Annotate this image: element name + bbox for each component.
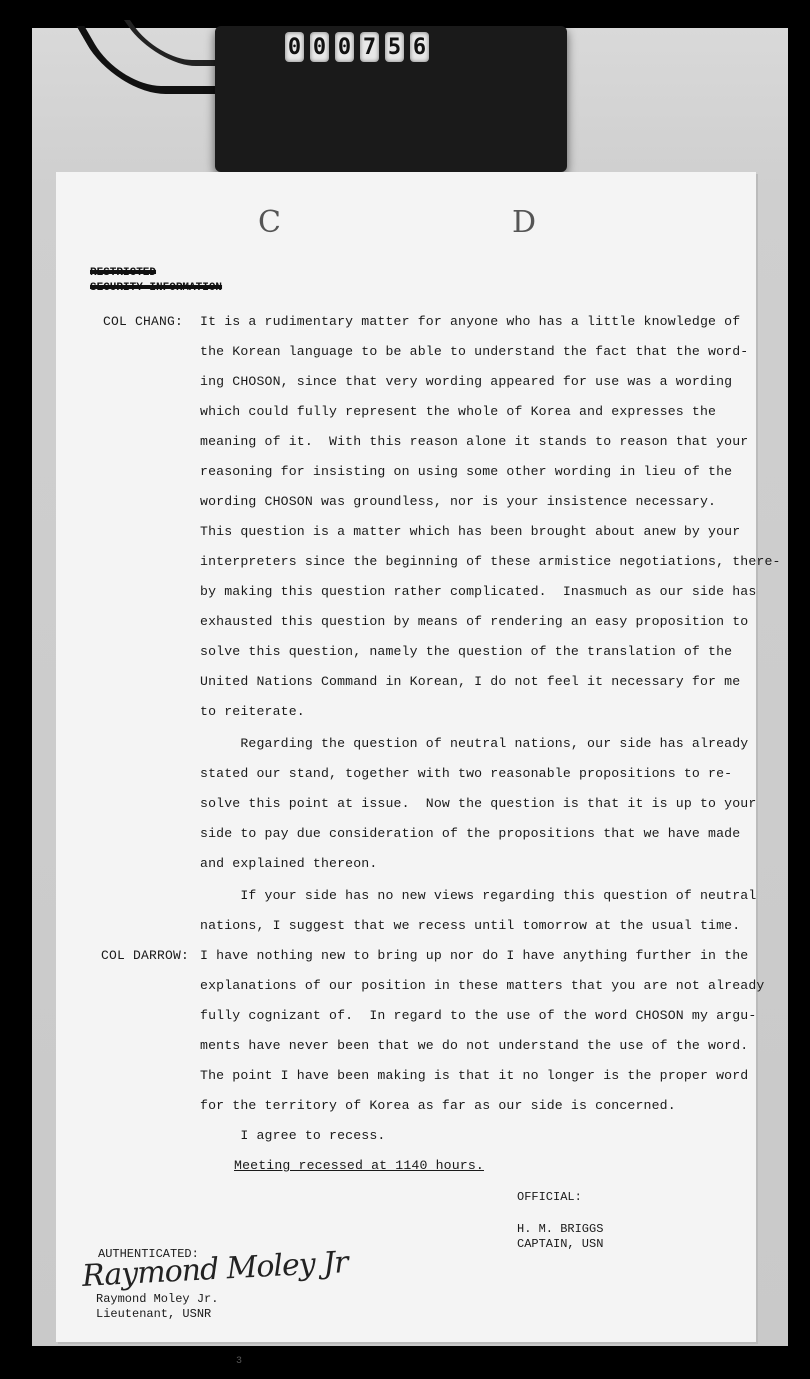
text-line: reasoning for insisting on using some ot… [200,464,732,479]
counter-digit: 0 [310,32,329,62]
text-line: which could fully represent the whole of… [200,404,716,419]
official-label: OFFICIAL: [517,1190,582,1205]
text-line: by making this question rather complicat… [200,584,756,599]
classification-stamp: RESTRICTED SECURITY INFORMATION [90,266,222,296]
text-line: This question is a matter which has been… [200,524,740,539]
speaker-col-chang: COL CHANG: [103,314,183,329]
counter-digit: 0 [335,32,354,62]
text-line: the Korean language to be able to unders… [200,344,748,359]
counter-digit: 7 [360,32,379,62]
counter-digit: 0 [285,32,304,62]
text-line: It is a rudimentary matter for anyone wh… [200,314,740,329]
frame-counter-device: 0 0 0 7 5 6 [215,26,567,172]
text-line: The point I have been making is that it … [200,1068,748,1083]
text-line: ments have never been that we do not und… [200,1038,748,1053]
classification-line-security: SECURITY INFORMATION [90,281,222,296]
counter-digit: 5 [385,32,404,62]
punch-mark-right: D [512,205,536,240]
text-line: solve this question, namely the question… [200,644,732,659]
frame-counter-display: 0 0 0 7 5 6 [285,32,429,66]
text-line: stated our stand, together with two reas… [200,766,732,781]
text-line: Regarding the question of neutral nation… [200,736,748,751]
classification-line-restricted: RESTRICTED [90,266,222,281]
page-edge-mark: 3 [236,1356,242,1367]
text-line: I agree to recess. [200,1128,385,1143]
text-line: solve this point at issue. Now the quest… [200,796,756,811]
text-line: nations, I suggest that we recess until … [200,918,740,933]
punch-mark-left: C [258,205,281,240]
text-line: fully cognizant of. In regard to the use… [200,1008,756,1023]
text-line: and explained thereon. [200,856,377,871]
authenticated-rank: Lieutenant, USNR [96,1307,211,1322]
text-line: meaning of it. With this reason alone it… [200,434,748,449]
counter-digit: 6 [410,32,429,62]
text-line: wording CHOSON was groundless, nor is yo… [200,494,716,509]
text-line: side to pay due consideration of the pro… [200,826,740,841]
text-line: exhausted this question by means of rend… [200,614,748,629]
text-line: United Nations Command in Korean, I do n… [200,674,740,689]
text-line: If your side has no new views regarding … [200,888,756,903]
official-name: H. M. BRIGGS [517,1222,603,1237]
recess-note: Meeting recessed at 1140 hours. [234,1158,484,1173]
text-line: for the territory of Korea as far as our… [200,1098,676,1113]
text-line: ing CHOSON, since that very wording appe… [200,374,732,389]
authenticated-name: Raymond Moley Jr. [96,1292,218,1307]
speaker-col-darrow: COL DARROW: [101,948,189,963]
text-line: explanations of our position in these ma… [200,978,764,993]
official-rank: CAPTAIN, USN [517,1237,603,1252]
text-line: to reiterate. [200,704,305,719]
text-line: interpreters since the beginning of thes… [200,554,781,569]
text-line: I have nothing new to bring up nor do I … [200,948,748,963]
